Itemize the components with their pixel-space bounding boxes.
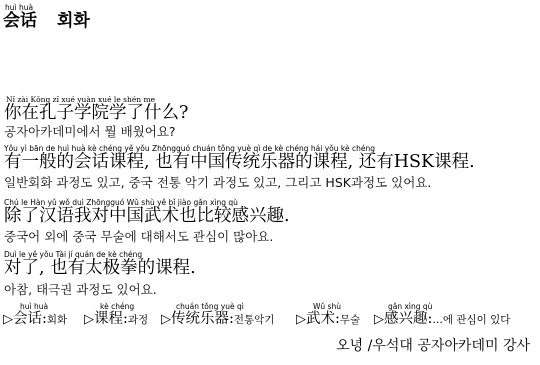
triangle-marker-icon: ▷ [3,312,13,327]
dialogue-1-chinese: 你在孔子学院学了什么? [4,103,188,123]
triangle-marker-icon: ▷ [84,312,94,327]
vocab-4-korean: 무술 [340,314,360,326]
triangle-marker-icon: ▷ [161,312,171,327]
title-korean: 회화 [57,11,90,31]
title-chinese: 会话 [3,11,37,31]
dialogue-4-chinese: 对了, 也有太极拳的课程. [4,258,196,278]
vocab-item-2: ▷课程:과정 [84,310,148,329]
vocab-5-chinese: 感兴趣 [384,311,428,327]
vocab-item-1: ▷会话:회화 [3,310,67,329]
dialogue-3-korean: 중국어 외에 중국 무술에 대해서도 관심이 많아요. [4,229,273,244]
vocab-2-korean: 과정 [128,314,148,326]
dialogue-2-chinese: 有一般的会话课程, 也有中国传统乐器的课程, 还有HSK课程. [4,152,475,172]
vocab-1-chinese: 会话 [13,311,42,327]
vocab-item-5: ▷感兴趣:…에 관심이 있다 [374,310,510,329]
author-credit: 오녕 /우석대 공자아카데미 강사 [336,337,530,355]
dialogue-3-chinese: 除了汉语我对中国武术也比较感兴趣. [4,206,290,226]
vocab-5-korean: …에 관심이 있다 [432,314,510,326]
vocab-4-chinese: 武术 [306,311,335,327]
dialogue-2-korean: 일반회화 과정도 있고, 중국 전통 악기 과정도 있고, 그리고 HSK과정도… [4,175,431,190]
vocab-1-korean: 회화 [47,314,67,326]
triangle-marker-icon: ▷ [296,312,306,327]
dialogue-1-korean: 공자아카데미에서 뭘 배웠어요? [4,124,176,139]
vocab-2-chinese: 课程 [94,311,123,327]
vocab-3-korean: 전통악기 [234,314,275,326]
vocab-item-3: ▷传统乐器:전통악기 [161,310,274,329]
triangle-marker-icon: ▷ [374,312,384,327]
vocab-item-4: ▷武术:무술 [296,310,360,329]
dialogue-4-korean: 아참, 태극권 과정도 있어요. [4,282,157,297]
vocab-3-chinese: 传统乐器 [171,311,229,327]
